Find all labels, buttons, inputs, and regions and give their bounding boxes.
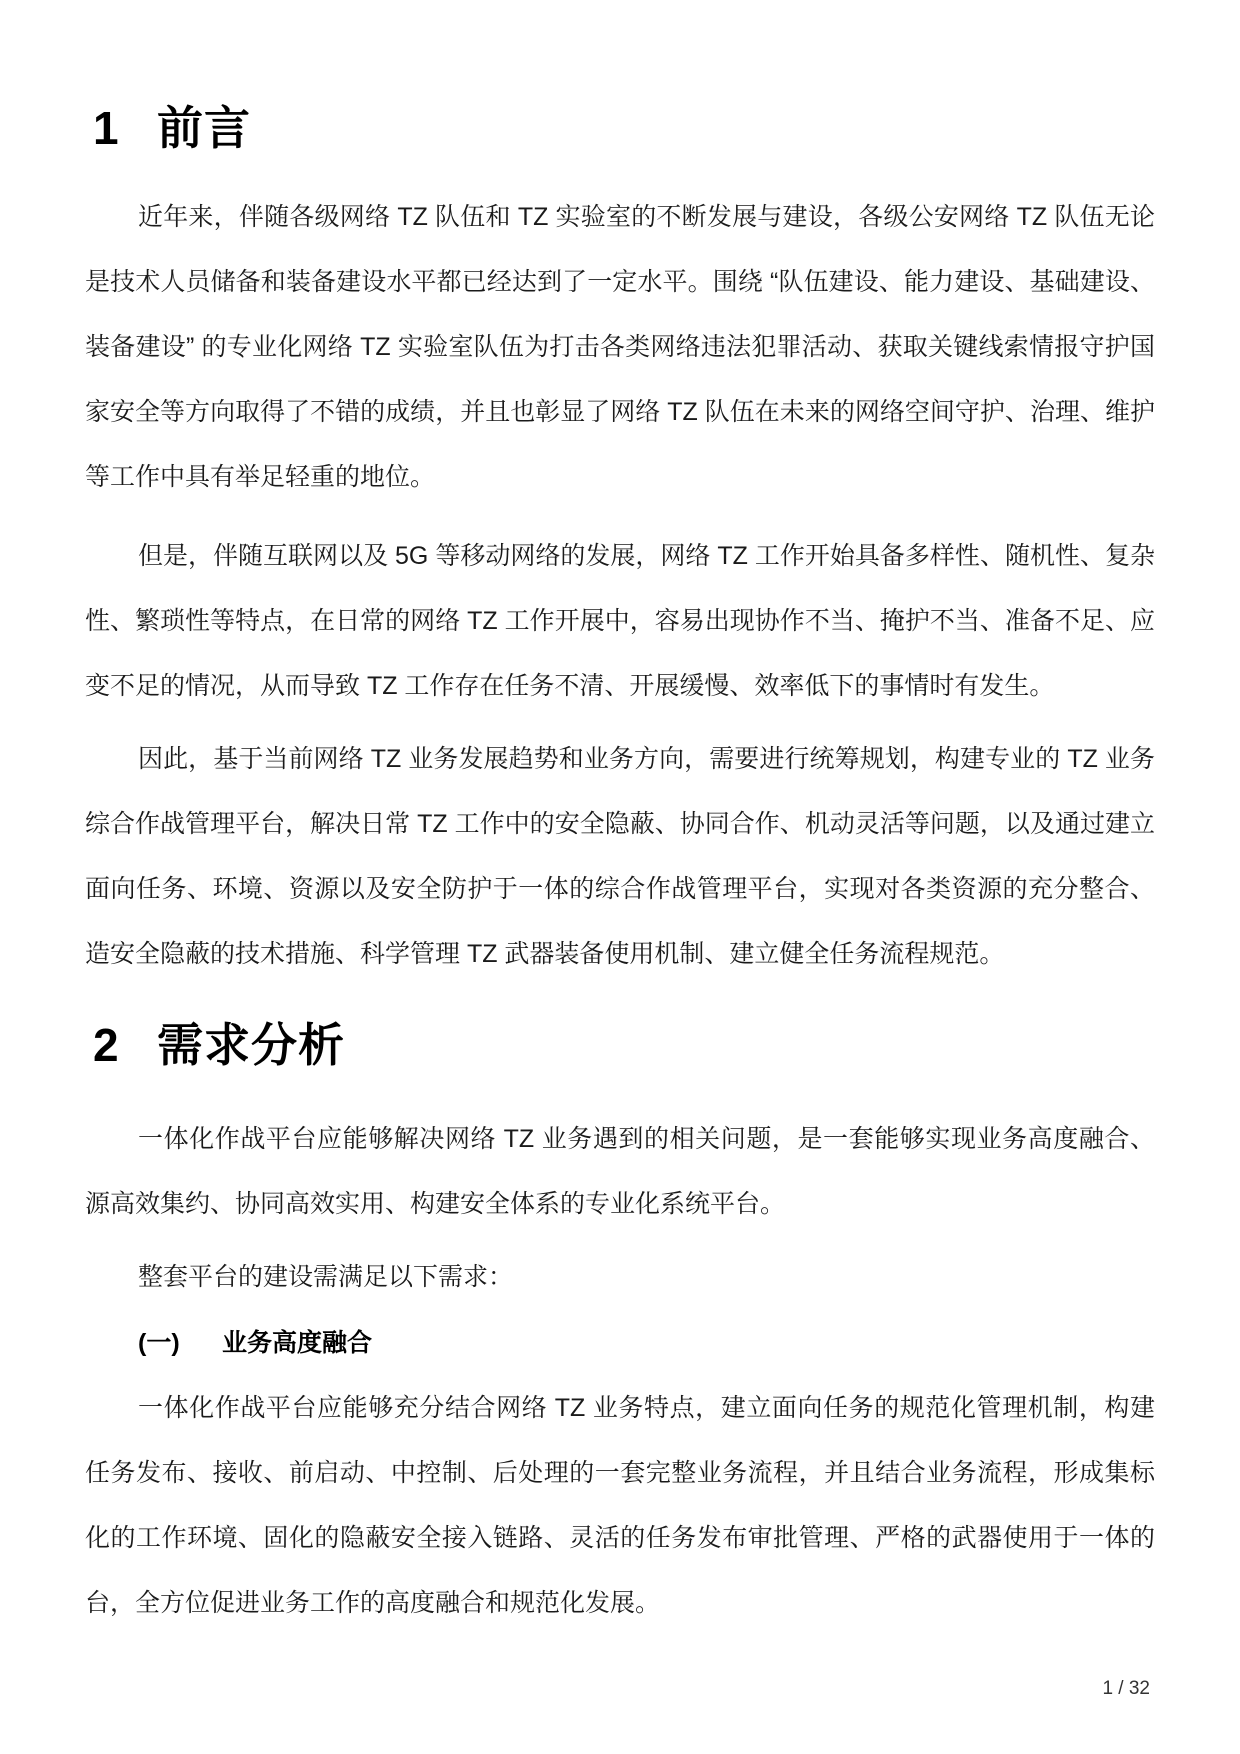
paragraph-preface-1: 近年来，伴随各级网络 TZ 队伍和 TZ 实验室的不断发展与建设，各级公安网络 … bbox=[85, 185, 1155, 510]
text-line: 因此，基于当前网络 TZ 业务发展趋势和业务方向，需要进行统筹规划，构建专业的 … bbox=[85, 727, 1155, 792]
paragraph-preface-3: 因此，基于当前网络 TZ 业务发展趋势和业务方向，需要进行统筹规划，构建专业的 … bbox=[85, 727, 1155, 987]
subheading-title: 业务高度融合 bbox=[222, 1329, 372, 1357]
section-number: 2 bbox=[93, 1017, 157, 1073]
section-heading-preface: 1前言 bbox=[85, 100, 1155, 156]
text-line: 综合作战管理平台，解决日常 TZ 工作中的安全隐蔽、协同合作、机动灵活等问题，以… bbox=[85, 792, 1155, 857]
section-title: 前言 bbox=[157, 102, 251, 154]
text-line: 一体化作战平台应能够解决网络 TZ 业务遇到的相关问题，是一套能够实现业务高度融… bbox=[85, 1107, 1155, 1172]
section-number: 1 bbox=[93, 100, 157, 156]
text-line: 近年来，伴随各级网络 TZ 队伍和 TZ 实验室的不断发展与建设，各级公安网络 … bbox=[85, 185, 1155, 250]
text-line: 化的工作环境、固化的隐蔽安全接入链路、灵活的任务发布审批管理、严格的武器使用于一… bbox=[85, 1506, 1155, 1571]
text-line: 整套平台的建设需满足以下需求： bbox=[85, 1245, 1155, 1310]
subheading-business-integration: (一)业务高度融合 bbox=[138, 1322, 1155, 1364]
text-line: 源高效集约、协同高效实用、构建安全体系的专业化系统平台。 bbox=[85, 1172, 1155, 1237]
text-line: 但是，伴随互联网以及 5G 等移动网络的发展，网络 TZ 工作开始具备多样性、随… bbox=[85, 524, 1155, 589]
paragraph-requirements-1: 一体化作战平台应能够解决网络 TZ 业务遇到的相关问题，是一套能够实现业务高度融… bbox=[85, 1107, 1155, 1237]
text-line: 装备建设” 的专业化网络 TZ 实验室队伍为打击各类网络违法犯罪活动、获取关键线… bbox=[85, 315, 1155, 380]
text-line: 变不足的情况，从而导致 TZ 工作存在任务不清、开展缓慢、效率低下的事情时有发生… bbox=[85, 654, 1155, 719]
document-page: 1前言 近年来，伴随各级网络 TZ 队伍和 TZ 实验室的不断发展与建设，各级公… bbox=[0, 0, 1240, 1754]
text-line: 性、繁琐性等特点，在日常的网络 TZ 工作开展中，容易出现协作不当、掩护不当、准… bbox=[85, 589, 1155, 654]
text-line: 等工作中具有举足轻重的地位。 bbox=[85, 445, 1155, 510]
section-heading-requirements: 2需求分析 bbox=[85, 1017, 1155, 1073]
text-line: 任务发布、接收、前启动、中控制、后处理的一套完整业务流程，并且结合业务流程，形成… bbox=[85, 1441, 1155, 1506]
paragraph-preface-2: 但是，伴随互联网以及 5G 等移动网络的发展，网络 TZ 工作开始具备多样性、随… bbox=[85, 524, 1155, 719]
subheading-number: (一) bbox=[138, 1322, 222, 1364]
text-line: 造安全隐蔽的技术措施、科学管理 TZ 武器装备使用机制、建立健全任务流程规范。 bbox=[85, 922, 1155, 987]
text-line: 台，全方位促进业务工作的高度融合和规范化发展。 bbox=[85, 1571, 1155, 1636]
section-title: 需求分析 bbox=[157, 1019, 345, 1071]
text-line: 面向任务、环境、资源以及安全防护于一体的综合作战管理平台，实现对各类资源的充分整… bbox=[85, 857, 1155, 922]
text-line: 是技术人员储备和装备建设水平都已经达到了一定水平。围绕 “队伍建设、能力建设、基… bbox=[85, 250, 1155, 315]
paragraph-business-integration: 一体化作战平台应能够充分结合网络 TZ 业务特点，建立面向任务的规范化管理机制，… bbox=[85, 1376, 1155, 1636]
paragraph-requirements-2: 整套平台的建设需满足以下需求： bbox=[85, 1245, 1155, 1310]
text-line: 家安全等方向取得了不错的成绩，并且也彰显了网络 TZ 队伍在未来的网络空间守护、… bbox=[85, 380, 1155, 445]
page-number: 1 / 32 bbox=[1102, 1678, 1150, 1700]
text-line: 一体化作战平台应能够充分结合网络 TZ 业务特点，建立面向任务的规范化管理机制，… bbox=[85, 1376, 1155, 1441]
